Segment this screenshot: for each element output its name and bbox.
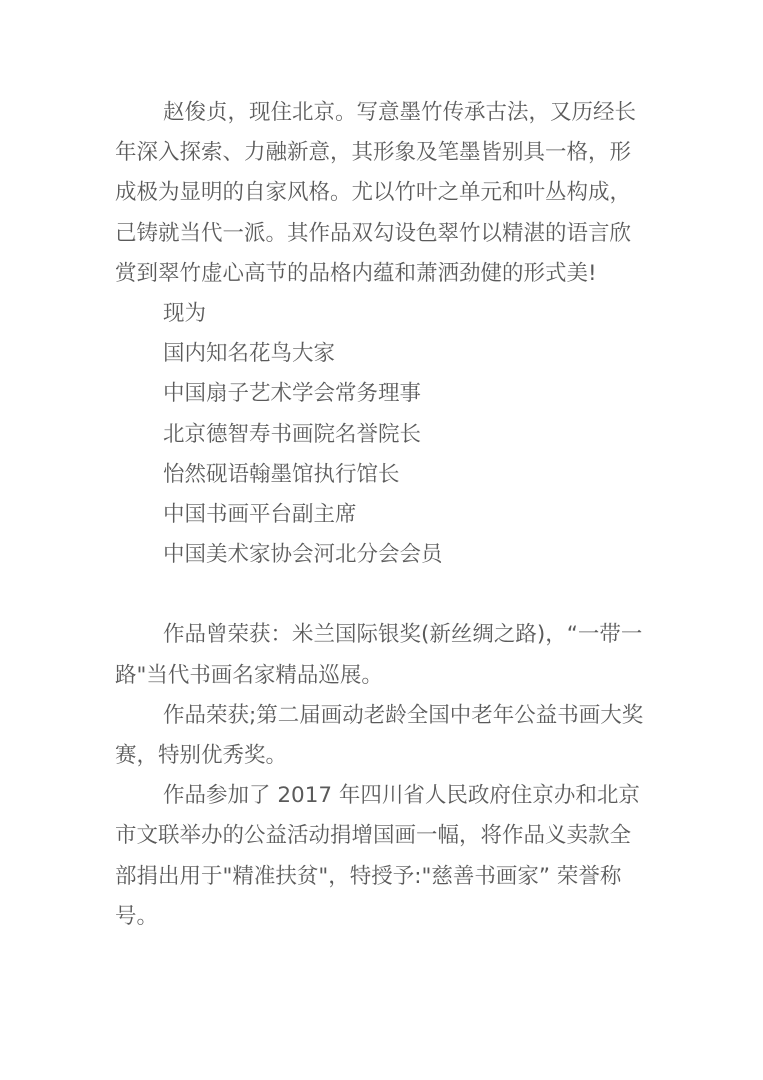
title-item: 中国美术家协会河北分会会员 xyxy=(115,535,650,575)
title-item: 怡然砚语翰墨馆执行馆长 xyxy=(115,455,650,495)
title-item: 中国书画平台副主席 xyxy=(115,495,650,535)
award-paragraph: 作品荣获;第二届画动老龄全国中老年公益书画大奖赛，特别优秀奖。 xyxy=(115,696,650,776)
titles-heading: 现为 xyxy=(115,294,650,334)
titles-list: 现为 国内知名花鸟大家 中国扇子艺术学会常务理事 北京德智寿书画院名誉院长 怡然… xyxy=(115,294,650,575)
title-item: 国内知名花鸟大家 xyxy=(115,334,650,374)
document-page: 赵俊贞，现住北京。写意墨竹传承古法，又历经长年深入探索、力融新意，其形象及笔墨皆… xyxy=(115,93,650,937)
intro-paragraph: 赵俊贞，现住北京。写意墨竹传承古法，又历经长年深入探索、力融新意，其形象及笔墨皆… xyxy=(115,93,650,294)
blank-line xyxy=(115,575,650,615)
award-paragraph: 作品参加了 2017 年四川省人民政府住京办和北京市文联举办的公益活动捐增国画一… xyxy=(115,776,650,937)
award-paragraph: 作品曾荣获：米兰国际银奖(新丝绸之路)，“一带一路"当代书画名家精品巡展。 xyxy=(115,615,650,695)
title-item: 中国扇子艺术学会常务理事 xyxy=(115,374,650,414)
title-item: 北京德智寿书画院名誉院长 xyxy=(115,415,650,455)
